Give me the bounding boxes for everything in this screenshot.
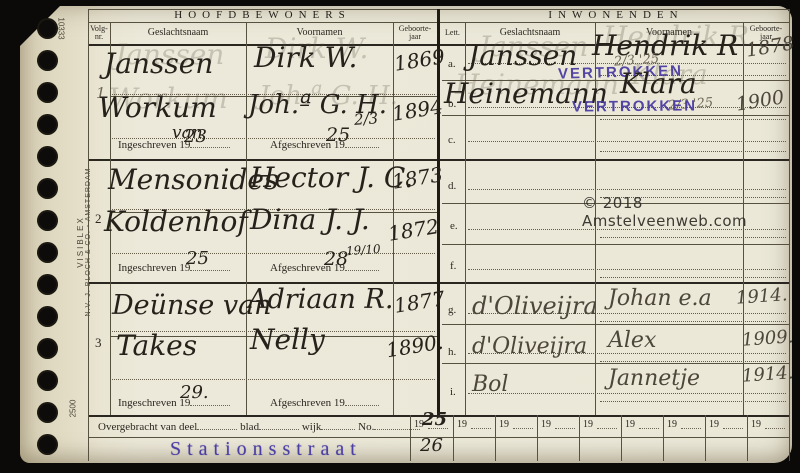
punch-hole xyxy=(37,50,58,71)
writing-guide-line xyxy=(112,252,435,254)
writing-guide-line xyxy=(600,400,786,402)
year-grid-cell: 19 xyxy=(621,415,663,437)
givenname-entry: Johan e.a xyxy=(608,288,712,310)
writing-guide-line xyxy=(468,268,786,270)
writing-guide-line xyxy=(600,150,786,152)
column-header-given: Voornamen xyxy=(246,28,393,39)
punch-hole xyxy=(37,82,58,103)
manufacturer-name: VISIBLEX xyxy=(76,122,85,362)
givenname-entry: Hector J. C. xyxy=(250,164,413,192)
punch-hole xyxy=(37,242,58,263)
copyright-watermark: © 2018 Amstelveenweb.com xyxy=(582,194,792,230)
manufacturer-imprint: VISIBLEX N.V. J. BLOCH & CO. - AMSTERDAM xyxy=(76,122,92,362)
year-grid-cell: 19 xyxy=(537,415,579,437)
street-stamp: Stationsstraat xyxy=(170,438,362,461)
birthyear-entry: 1909. xyxy=(741,328,794,350)
deregistered-year-value: 25 xyxy=(326,126,350,145)
stock-number-bottom: 2500 xyxy=(68,400,77,418)
transfer-deel-label: Overgebracht van deel xyxy=(98,421,197,433)
writing-guide-line xyxy=(600,360,786,362)
transfer-blad-label: blad xyxy=(240,421,259,433)
givenname-entry: Klara xyxy=(620,70,697,98)
column-header-volgnr: Volg- nr. xyxy=(88,25,110,42)
writing-guide-line xyxy=(468,392,786,394)
column-header-year: Geboorte- jaar xyxy=(393,25,437,42)
right-table-title: INWONENDEN xyxy=(442,10,790,22)
row-letter: h. xyxy=(448,346,456,358)
transfer-no-label: No. xyxy=(358,421,374,433)
deregistered-date-fraction: 2/3 xyxy=(354,111,379,128)
surname-entry: d'Oliveijra xyxy=(472,336,587,358)
registered-label: Ingeschreven 19 xyxy=(118,138,230,151)
year-grid-cell: 19 xyxy=(579,415,621,437)
stock-number-top: 10333 xyxy=(57,17,66,39)
deregistered-year-value: 28 xyxy=(324,250,348,269)
year-grid-cell: 19 xyxy=(747,415,789,437)
surname-entry: d'Oliveijra xyxy=(472,294,598,318)
punch-hole xyxy=(37,210,58,231)
volgnr-value: 2 xyxy=(95,212,102,226)
punch-hole xyxy=(37,434,58,455)
punch-hole xyxy=(37,274,58,295)
row-letter: d. xyxy=(448,180,456,192)
writing-guide-line xyxy=(600,320,786,322)
year-grid-cell: 19 xyxy=(663,415,705,437)
birthyear-entry: 1872 xyxy=(387,216,440,244)
givenname-entry: Jannetje xyxy=(608,368,700,390)
surname-entry: Workum xyxy=(98,94,217,122)
writing-guide-line xyxy=(468,140,786,142)
writing-guide-line xyxy=(600,118,786,120)
left-table-title: HOOFDBEWONERS xyxy=(88,10,437,22)
volgnr-value: 3 xyxy=(95,336,102,350)
row-letter: f. xyxy=(450,260,456,272)
givenname-entry: Adriaan R. xyxy=(248,286,393,313)
table-line xyxy=(88,9,89,461)
punch-hole xyxy=(37,18,58,39)
row-letter: i. xyxy=(450,386,456,398)
transfer-wijk-label: wijk xyxy=(302,421,322,433)
registered-label: Ingeschreven 19 xyxy=(118,396,230,409)
surname-entry: Takes xyxy=(116,332,197,360)
year-cell-value: 25 xyxy=(422,411,447,429)
birthyear-entry: 1878 xyxy=(745,34,796,60)
punch-hole xyxy=(37,370,58,391)
registered-year-value: 25 xyxy=(186,250,209,268)
givenname-entry: Dirk W. xyxy=(254,44,357,72)
punch-hole xyxy=(37,146,58,167)
row-letter: g. xyxy=(448,304,456,316)
punch-hole xyxy=(37,114,58,135)
year-grid-cell: 19 xyxy=(705,415,747,437)
punch-hole xyxy=(37,338,58,359)
givenname-entry: Dina J. J. xyxy=(250,206,370,234)
givenname-entry: Nelly xyxy=(250,326,325,354)
birthyear-entry: 1914. xyxy=(741,364,794,386)
writing-guide-line xyxy=(600,236,786,238)
surname-entry: Koldenhof xyxy=(104,208,248,236)
register-card: 10333 VISIBLEX N.V. J. BLOCH & CO. - AMS… xyxy=(20,6,792,463)
year-grid-cell: 19 xyxy=(453,415,495,437)
year-grid-cell: 19 xyxy=(495,415,537,437)
deregistered-date-fraction: 19/10 xyxy=(346,243,381,257)
punch-hole xyxy=(37,402,58,423)
birthyear-entry: 1900 xyxy=(735,88,786,114)
transfer-line: Overgebracht van deel blad wijk No. xyxy=(98,420,420,433)
writing-guide-line xyxy=(468,188,786,190)
birthyear-entry: 1914. xyxy=(735,286,788,308)
row-letter: c. xyxy=(448,134,456,146)
registered-year-value: 29. xyxy=(180,384,209,402)
photo-background: 10333 VISIBLEX N.V. J. BLOCH & CO. - AMS… xyxy=(0,0,800,473)
column-header-letter: Lett. xyxy=(440,29,465,37)
column-header-surname: Geslachtsnaam xyxy=(465,28,595,39)
writing-guide-line xyxy=(112,378,435,380)
row-line xyxy=(442,324,790,325)
row-line xyxy=(442,363,790,364)
year-cell-value: 26 xyxy=(420,437,443,455)
givenname-entry: Alex xyxy=(608,330,656,352)
deregistered-label: Afgeschreven 19 xyxy=(270,396,379,409)
punch-hole xyxy=(37,306,58,327)
column-header-surname: Geslachtsnaam xyxy=(110,28,246,39)
row-line xyxy=(442,244,790,245)
vertrokken-stamp: VERTROKKEN xyxy=(572,97,697,115)
row-letter: a. xyxy=(448,58,456,70)
deregistered-label: Afgeschreven 19 xyxy=(270,138,379,151)
surname-entry: Bol xyxy=(472,374,508,396)
punch-hole xyxy=(37,178,58,199)
table-line xyxy=(789,9,790,461)
row-letter: e. xyxy=(450,220,458,232)
writing-guide-line xyxy=(600,276,786,278)
registered-year-value: 23 xyxy=(184,128,207,146)
surname-entry: Janssen xyxy=(104,50,213,78)
registered-label: Ingeschreven 19 xyxy=(118,261,230,274)
